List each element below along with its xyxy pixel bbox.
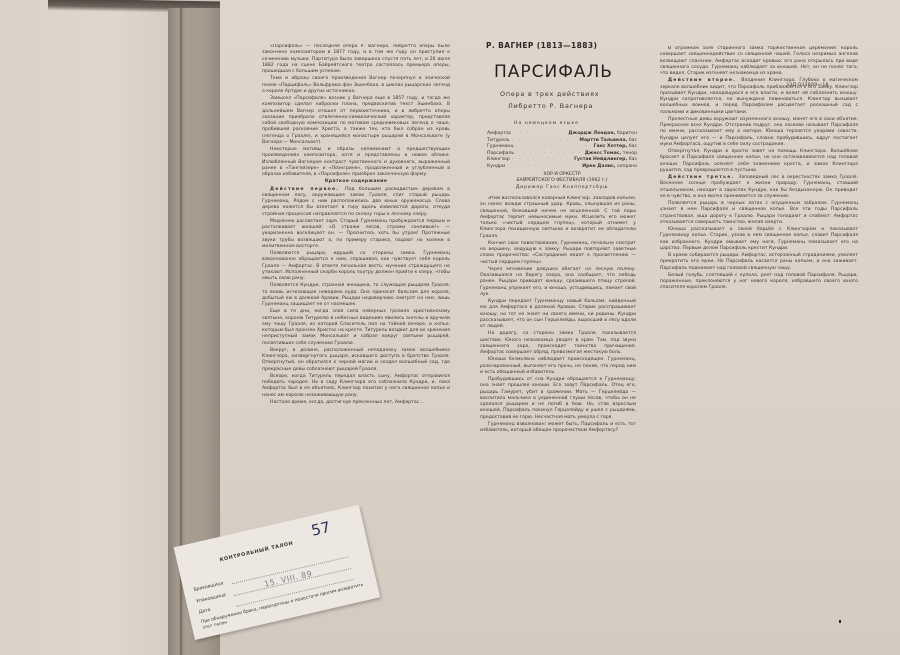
ticket-label-inspector: Браковщица <box>193 581 224 593</box>
paragraph: Действие третье. Заповедный лес в окрест… <box>660 175 858 200</box>
paragraph: Настало время, когда, достигнув преклонн… <box>262 400 450 406</box>
ticket-label-date: Дата <box>198 608 211 616</box>
paragraph: Юноша рассказывает о своей борьбе с Клин… <box>660 227 858 252</box>
leader-dots: · · · · · · · · · · · <box>514 144 594 151</box>
paragraph: Некоторые мотивы и образы напоминают о п… <box>262 147 450 178</box>
paragraph: Вскоре, когда Титурель передал власть сы… <box>262 374 450 399</box>
paragraph: Кончил свое повествование, Гурнеманц, пе… <box>480 241 636 266</box>
conductor-credit: Дирижер Ганс Кнаппертсбуш <box>487 185 637 190</box>
paragraph: Замысел «Парсифаля» возник у Вагнера еще… <box>262 96 450 146</box>
paragraph: Тема и образы своего произведения Вагнер… <box>262 76 450 95</box>
leader-dots: · · · · · · · · · · · <box>505 164 582 171</box>
paragraph: Этим воспользовался коварный Клингзор. З… <box>480 196 636 240</box>
paragraph: Гурнеманц взволнован: может быть, Парсиф… <box>480 422 636 435</box>
cast-list: Амфортас· · · · · · · · · · ·Джордж Лонд… <box>487 131 637 171</box>
composer-heading: Р. ВАГНЕР (1813—1883) <box>486 41 597 50</box>
ticket-number: 57 <box>309 518 332 540</box>
paragraph: В храме собираются рыцари. Амфортас, ист… <box>660 253 858 272</box>
text-column-middle: Этим воспользовался коварный Клингзор. З… <box>480 196 636 541</box>
cast-row: Клингзор· · · · · · · · · · ·Густав Нейд… <box>487 157 637 164</box>
paragraph: Появляется рыцарь в черных латах с опуще… <box>660 201 858 226</box>
cast-singer: Густав Нейдлингер, <box>574 157 629 164</box>
paragraph: Еще в те дни, когда злая сила неверных г… <box>262 309 450 347</box>
cast-singer: Ирен Далис, <box>582 164 617 171</box>
paragraph: На дорогу, со стороны замка Грааля, пока… <box>480 331 636 356</box>
cast-voice: баритон <box>617 131 637 138</box>
text-column-right: В огромном зале старинного замка торжест… <box>660 46 858 486</box>
paragraph: Белый голубь, слетевший с купола, реет н… <box>660 273 858 292</box>
paragraph: Отвергнутая, Кундри в ярости зовет на по… <box>660 149 858 174</box>
leader-dots: · · · · · · · · · · · <box>511 131 568 138</box>
ticket-title: КОНТРОЛЬНЫЙ ТАЛОН <box>219 540 294 563</box>
opera-subtitle: Опера в трех действиях <box>500 90 599 98</box>
paragraph: «Парсифаль» — последняя опера Р. Вагнера… <box>262 44 450 75</box>
cast-voice: сопрано <box>617 164 637 171</box>
paragraph: Медленно рассветает заря. Старый Гурнема… <box>262 219 450 250</box>
act-heading: Действие третье. <box>668 175 738 180</box>
cast-role: Кундри <box>487 164 505 171</box>
cast-voice: бас <box>629 144 637 151</box>
paragraph: Появляется Кундри, странная женщина, то … <box>262 283 450 308</box>
ticket-label-packer: Упаковщица <box>196 593 227 605</box>
paragraph: Вокруг, в долине, расположенный неподале… <box>262 348 450 373</box>
end-mark <box>839 620 841 623</box>
leader-dots: · · · · · · · · · · · <box>510 138 580 145</box>
cast-singer: Джордж Лондон, <box>568 131 617 138</box>
paragraph: В огромном зале старинного замка торжест… <box>660 46 858 77</box>
chorus-orchestra: ХОР И ОРКЕСТР БАЙРЕЙТСКОГО ФЕСТИВАЛЯ (19… <box>487 172 637 184</box>
paragraph: Действие второе. Владения Клингзора. Глу… <box>660 78 858 116</box>
act-heading: Действие второе. <box>668 78 741 83</box>
cast-role: Амфортас <box>487 131 511 138</box>
cast-singer: Ганс Хоттер, <box>594 144 629 151</box>
left-blank-page <box>0 0 185 655</box>
cast-row: Кундри· · · · · · · · · · ·Ирен Далис, с… <box>487 164 637 171</box>
section-title: Краткое содержание <box>262 179 450 185</box>
cast-role: Клингзор <box>487 157 510 164</box>
paragraph: Через мгновение девушка вбегает на лесну… <box>480 267 636 298</box>
paragraph: Кундри передает Гурнеманцу новый бальзам… <box>480 299 636 330</box>
leader-dots: · · · · · · · · · · · <box>510 157 574 164</box>
cast-voice: бас <box>629 157 637 164</box>
cast-role: Гурнеманц <box>487 144 514 151</box>
paragraph: Пробудившись от сна Кундри обращается к … <box>480 377 636 421</box>
language-note: На немецком языке <box>514 121 579 126</box>
paragraph: Появляются рыцари, идущий со стороны зам… <box>262 251 450 282</box>
paragraph: Прелестные девы окружают изумленного юно… <box>660 117 858 148</box>
date-stamp: 15. VIII. 89 <box>263 569 313 589</box>
paragraph: Действие первое. Под большим раскидистым… <box>262 187 450 218</box>
opera-title: ПАРСИФАЛЬ <box>494 62 613 82</box>
cast-row: Амфортас· · · · · · · · · · ·Джордж Лонд… <box>487 131 637 138</box>
cast-row: Гурнеманц· · · · · · · · · · ·Ганс Хотте… <box>487 144 637 151</box>
act-heading: Действие первое. <box>270 187 345 192</box>
paragraph: Юноша безмолвно наблюдает происходящее. … <box>480 357 636 376</box>
libretto-credit: Либретто Р. Вагнера <box>508 102 593 110</box>
festival-line: БАЙРЕЙТСКОГО ФЕСТИВАЛЯ (1962 г.) <box>487 178 637 184</box>
